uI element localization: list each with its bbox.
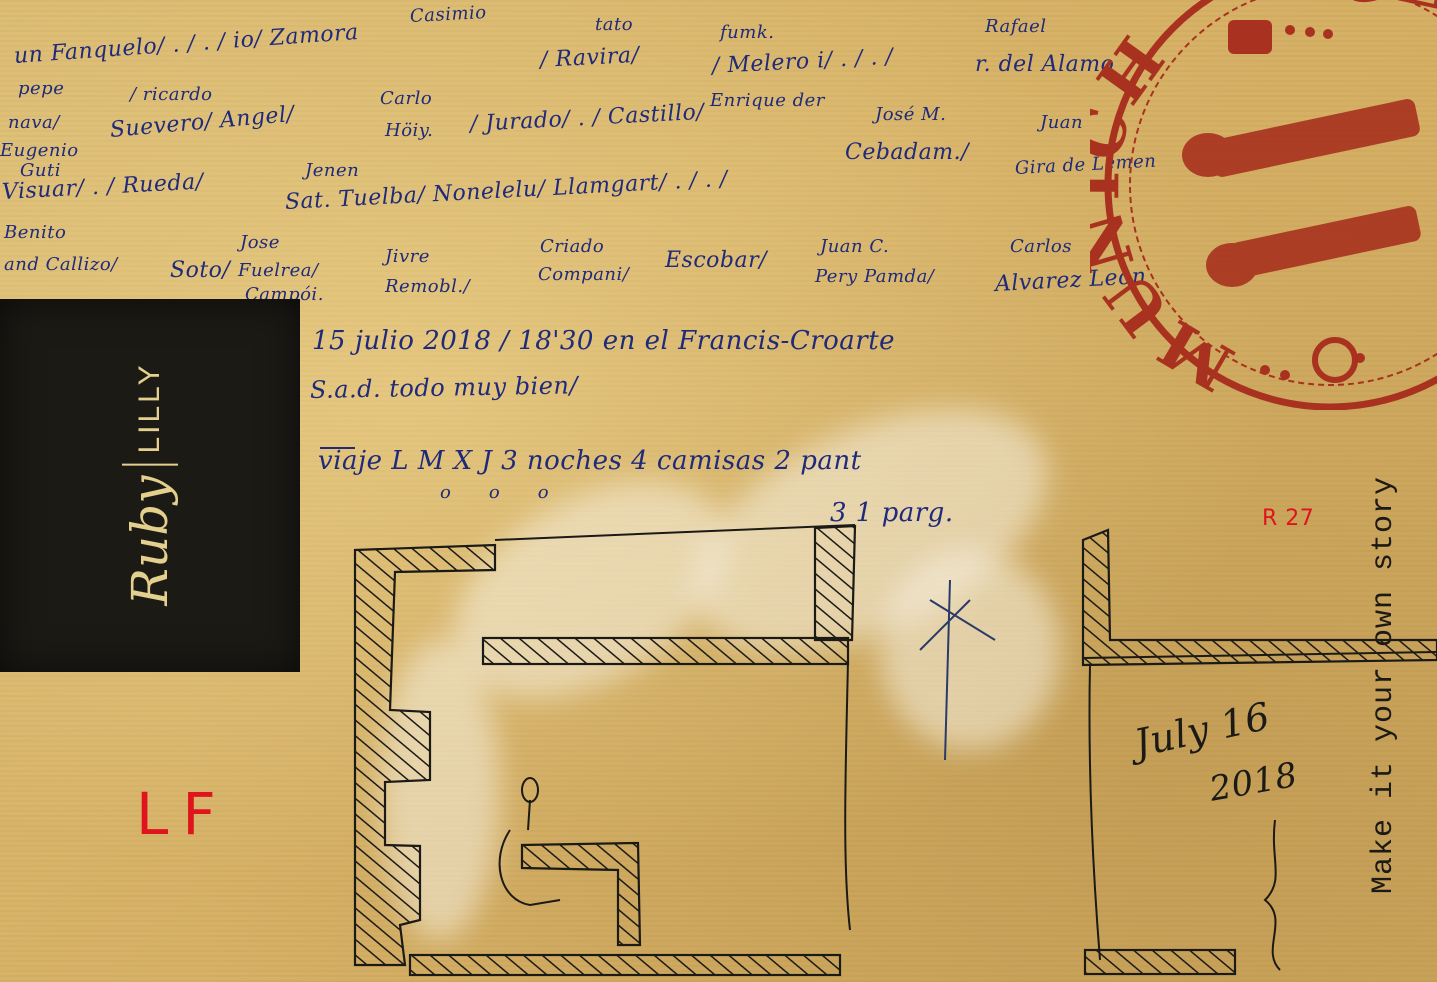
day-mark: o — [489, 482, 538, 503]
note-text: Jivre — [385, 246, 430, 267]
note-text: S.a.d. todo muy bien/ — [310, 371, 578, 404]
note-text: Casimio — [409, 2, 487, 27]
note-text: / ricardo — [130, 84, 212, 105]
pretzel-icon — [1315, 340, 1355, 380]
note-text: and Callizo/ — [4, 254, 118, 275]
note-text: Jose — [240, 232, 280, 253]
note-text: Criado — [540, 236, 604, 257]
note-text: Carlo — [380, 88, 432, 109]
red-margin-note: R 27 — [1262, 506, 1314, 531]
note-text: Höiy. — [385, 120, 433, 141]
beer-mug-icon — [1228, 20, 1272, 54]
note-text: Rafael — [985, 16, 1047, 37]
note-text: José M. — [875, 104, 946, 125]
note-text: tato — [595, 14, 633, 35]
note-text: Enrique der — [710, 90, 825, 111]
note-text: ooo — [440, 482, 587, 503]
note-text: Soto/ — [170, 258, 230, 283]
munich-stamp: MUNICH GERMANY — [1090, 0, 1437, 410]
note-text: 15 julio 2018 / 18'30 en el Francis-Croa… — [312, 326, 895, 356]
note-text: Benito — [4, 222, 66, 243]
brand-name: Ruby — [121, 476, 179, 606]
note-text: Juan — [1040, 112, 1083, 133]
note-text: viaje L M X J 3 noches 4 camisas 2 pant — [318, 446, 862, 476]
chalk-smear — [380, 640, 500, 940]
note-text: pepe — [18, 78, 64, 99]
stamp-city: MUNICH — [1090, 20, 1246, 405]
note-text: Escobar/ — [665, 248, 767, 273]
brand-logo: Ruby LILLY — [121, 362, 179, 605]
frauenkirche-towers-icon — [1182, 98, 1422, 287]
note-text: Compani/ — [538, 264, 629, 285]
note-text: Fuelrea/ — [238, 260, 319, 281]
note-text: nava/ — [8, 112, 60, 133]
note-text: Jenen — [305, 160, 359, 181]
note-text: Remobl./ — [385, 276, 470, 297]
brand-label: Ruby LILLY — [0, 299, 300, 672]
note-text: Cebadam./ — [845, 140, 969, 165]
note-text: Juan C. — [820, 236, 889, 257]
note-text: Pery Pamda/ — [815, 266, 934, 287]
initials: LF — [136, 780, 230, 848]
brand-divider — [122, 464, 178, 466]
chalk-smear — [880, 550, 1060, 750]
note-text: 3 1 parg. — [830, 498, 954, 528]
note-text: Carlos — [1010, 236, 1072, 257]
note-text: Eugenio — [0, 140, 79, 161]
tagline: Make it your own story — [1367, 476, 1401, 894]
day-mark: o — [538, 482, 587, 503]
day-mark: o — [440, 482, 489, 503]
note-text: / Ravira/ — [539, 43, 640, 73]
note-text: fumk. — [720, 22, 774, 43]
brand-subname: LILLY — [133, 362, 167, 453]
